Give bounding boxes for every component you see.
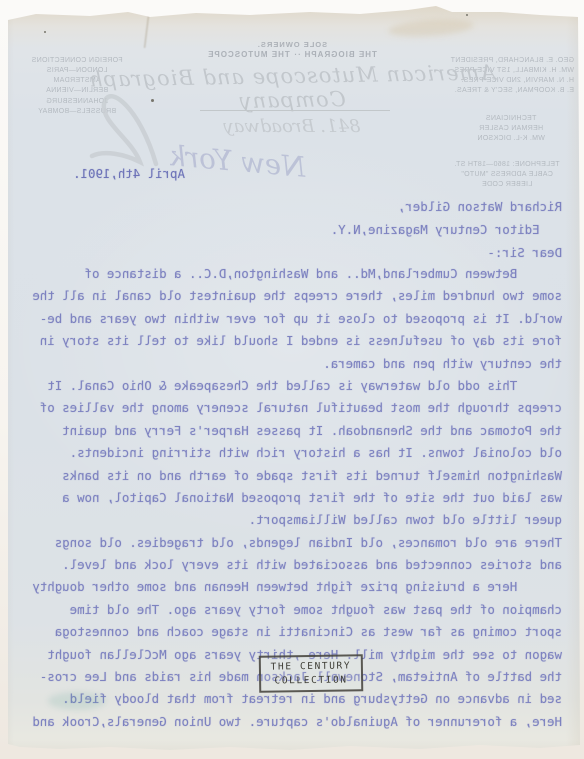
letterhead-technician: WM. K-L. DICKSON — [456, 134, 566, 144]
letter-line: fore its day of usefulness is ended I sh… — [32, 330, 562, 352]
paper-speck — [466, 14, 468, 16]
salutation: Dear Sir:- — [331, 241, 562, 264]
mirrored-show-through-layer: GEO. E. BLANCHARD, PRESIDENT WM. H. KIMB… — [0, 0, 584, 759]
letter-line: There are old romances, old Indian legen… — [32, 532, 562, 554]
letter-recipient-block: Richard Watson Gilder, Editor Century Ma… — [331, 195, 562, 264]
letterhead-technicians: TECHNICIANS HERMAN CASLER WM. K-L. DICKS… — [456, 114, 566, 144]
letter-line: the century with pen and camera. — [32, 353, 562, 375]
teal-smudge — [48, 692, 106, 710]
letterhead-cable-address: CABLE ADDRESS "MUTO" — [448, 170, 566, 180]
letterhead-technician: HERMAN CASLER — [456, 124, 566, 134]
letter-line: This odd old waterway is called the Ches… — [32, 375, 562, 397]
pencil-flourish-mark — [80, 78, 170, 178]
letterhead-technicians-title: TECHNICIANS — [456, 114, 566, 124]
recipient-title: Editor Century Magazine,N.Y. — [331, 218, 562, 241]
letter-line: world. It is proposed to close it up for… — [32, 308, 562, 330]
letter-line: Washington himself turned its first spad… — [32, 465, 562, 487]
letterhead-contact: TELEPHONE: 1860—18TH ST. CABLE ADDRESS "… — [448, 160, 566, 190]
letterhead-brands: THE BIOGRAPH ·· THE MUTOSCOPE — [147, 49, 437, 61]
letterhead-code: LIEBER CODE — [448, 180, 566, 190]
stamp-line-1: THE CENTURY — [263, 659, 359, 674]
scan-canvas: GEO. E. BLANCHARD, PRESIDENT WM. H. KIMB… — [0, 0, 584, 759]
paper-speck — [44, 31, 46, 33]
letterhead-rule — [200, 110, 390, 111]
letter-line: the Potomac and the Shenandoah. It passe… — [32, 420, 562, 442]
letterhead-telephone: TELEPHONE: 1860—18TH ST. — [448, 160, 566, 170]
stamp-line-2: COLLECTION — [263, 673, 359, 688]
letter-line: sport coming as far west as Cincinatti i… — [32, 621, 562, 643]
letter-line: Between Cumberland,Md.. and Washington,D… — [32, 263, 562, 285]
letter-line: champion of the past was fought some for… — [32, 599, 562, 621]
letter-paper-sheet: GEO. E. BLANCHARD, PRESIDENT WM. H. KIMB… — [0, 0, 584, 759]
letter-line: queer little old town called Williamspor… — [32, 509, 562, 531]
letter-line: old colonial towns. It has a history ric… — [32, 442, 562, 464]
letter-line: creeps through the most beautiful natura… — [32, 397, 562, 419]
letter-line: sed in advance on Gettysburg and in retr… — [32, 688, 562, 710]
letter-date: April 4th,1901. — [73, 166, 185, 181]
letter-line: was laid out the site of the first propo… — [32, 487, 562, 509]
paper-speck — [151, 99, 154, 102]
century-collection-stamp: THE CENTURY COLLECTION — [259, 654, 363, 692]
letter-line: and stories connected and associated wit… — [32, 554, 562, 576]
letterhead-foreign-title: FOREIGN CONNECTIONS — [22, 56, 132, 66]
letter-line: Here, a forerunner of Aguinaldo's captur… — [32, 711, 562, 733]
letter-line: some two hundred miles, there creeps the… — [32, 285, 562, 307]
letterhead-street-script: 841. Broadway — [192, 116, 392, 137]
letter-line: Here a bruising prize fight between Heen… — [32, 576, 562, 598]
recipient-name: Richard Watson Gilder, — [331, 195, 562, 218]
